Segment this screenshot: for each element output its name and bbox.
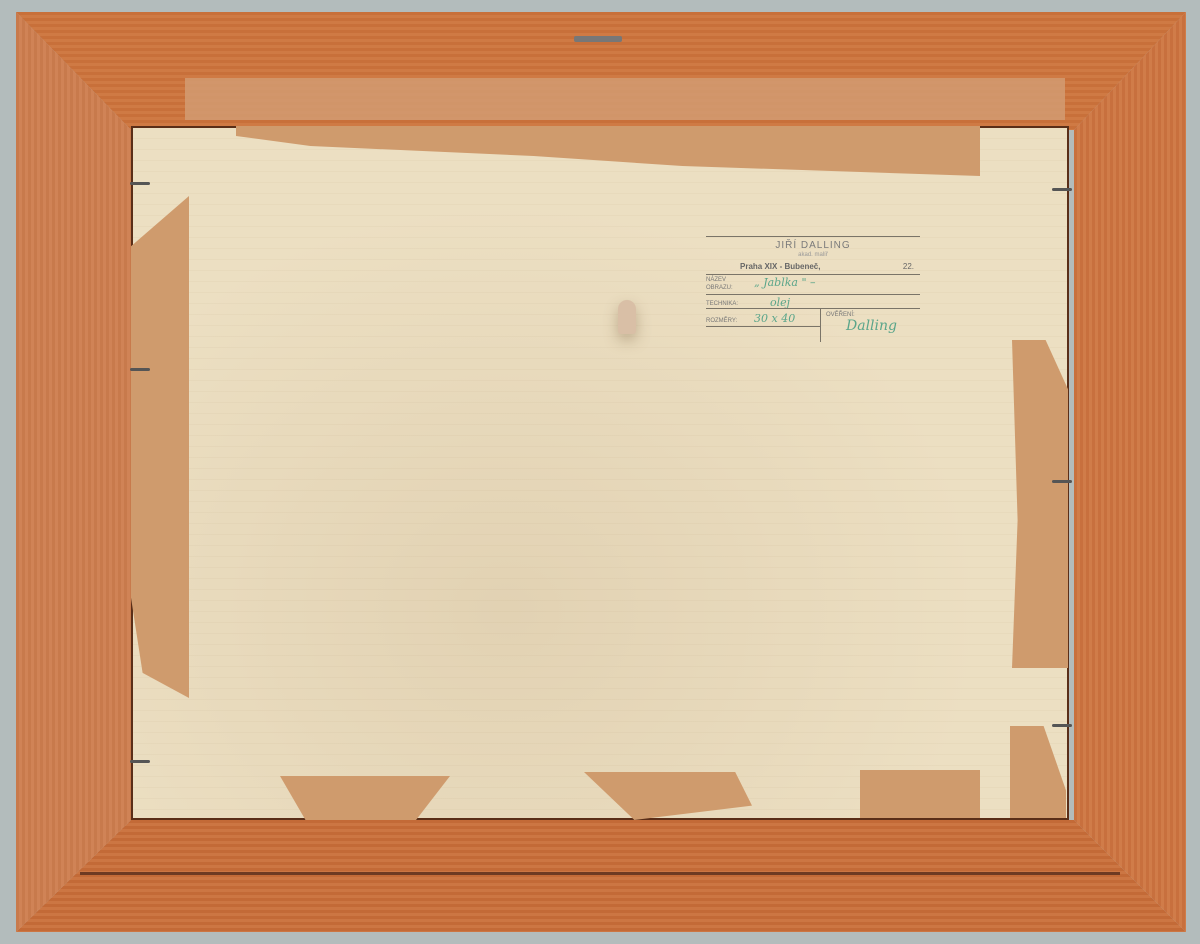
artist-name: JIŘÍ DALLING xyxy=(706,240,920,251)
technique-field-label: TECHNIKA: xyxy=(706,301,738,307)
frame-right-rail xyxy=(1074,12,1186,932)
wall-hook-peg xyxy=(618,300,636,334)
label-rule xyxy=(706,326,820,327)
nail xyxy=(130,182,150,185)
label-rule xyxy=(706,294,920,295)
paper-tape-right xyxy=(1012,340,1068,668)
size-value: 30 x 40 xyxy=(754,312,795,325)
frame-wood-crack xyxy=(80,872,1120,875)
artist-address: Praha XIX - Bubeneč, xyxy=(740,262,820,271)
label-rule xyxy=(706,308,920,309)
backing-board xyxy=(131,126,1069,820)
title-field-label-1: NÁZEV xyxy=(706,277,726,283)
nail xyxy=(1052,188,1072,191)
nail xyxy=(130,760,150,763)
frame-bottom-rail xyxy=(16,820,1186,932)
label-rule xyxy=(706,274,920,275)
artist-title: akad. malíř xyxy=(706,252,920,258)
nail xyxy=(130,368,150,371)
artist-label: JIŘÍ DALLING akad. malíř Praha XIX - Bub… xyxy=(706,234,920,342)
title-field-label-2: OBRAZU: xyxy=(706,285,733,291)
artist-signature: Dalling xyxy=(846,318,897,334)
label-rule xyxy=(706,236,920,237)
nail xyxy=(1052,480,1072,483)
nail xyxy=(1052,724,1072,727)
size-field-label: ROZMĚRY: xyxy=(706,318,737,324)
title-value: „ Jablka " – xyxy=(754,276,816,289)
paper-tape-top xyxy=(185,78,1065,120)
frame-left-rail xyxy=(16,12,131,932)
house-number: 22. xyxy=(903,262,914,271)
paper-tape-bottom-3 xyxy=(860,770,980,818)
paper-tape-left xyxy=(131,196,189,698)
hanging-staple xyxy=(574,36,622,42)
label-divider xyxy=(820,308,821,342)
